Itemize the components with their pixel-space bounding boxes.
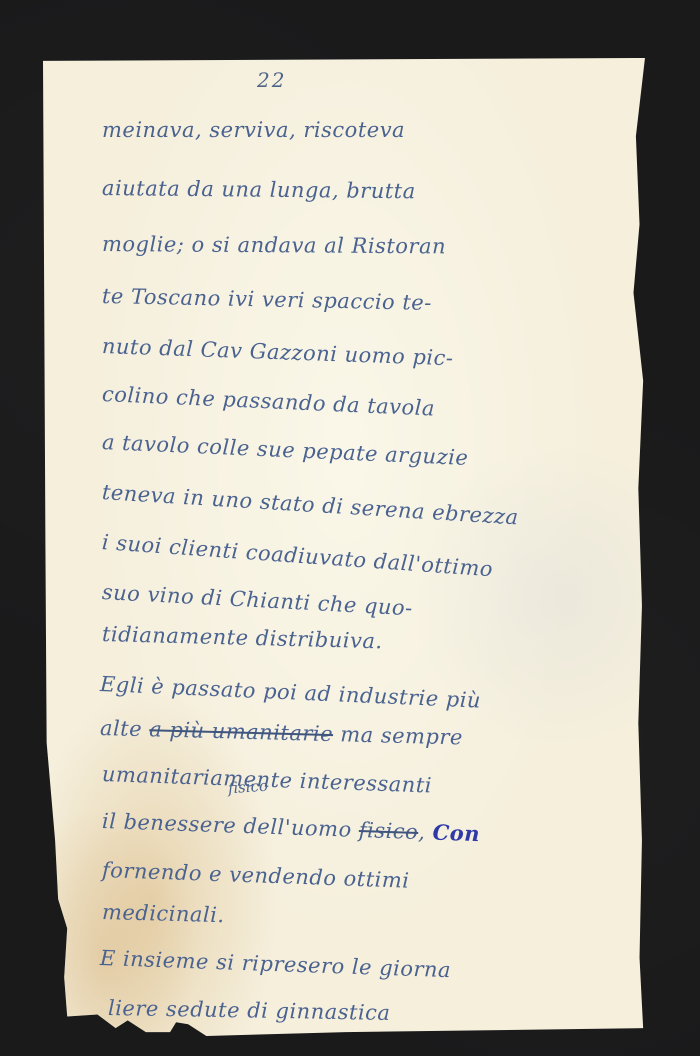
interlinear-insertion: fisico [227, 777, 268, 798]
line-15-text-middle: dell'uomo [243, 814, 359, 842]
page-number: 22 [257, 68, 286, 92]
struck-text: fisico [358, 818, 418, 844]
manuscript-line-3: moglie; o si andava al Ristoran [102, 232, 446, 258]
line-15-text-after: , [418, 820, 433, 844]
manuscript-line-19: liere sedute di ginnastica [108, 996, 391, 1025]
manuscript-line-1: meinava, serviva, riscoteva [102, 118, 405, 142]
line-13-text-after: ma sempre [333, 722, 463, 749]
line-15-text-before: il benessere [102, 809, 244, 838]
line-13-text-before: alte [100, 716, 150, 741]
manuscript-line-2: aiutata da una lunga, brutta [102, 176, 416, 203]
manuscript-line-17: medicinali. [102, 900, 225, 927]
dark-ink-word: Con [432, 820, 480, 847]
struck-text: a più umanitarie [149, 717, 333, 746]
